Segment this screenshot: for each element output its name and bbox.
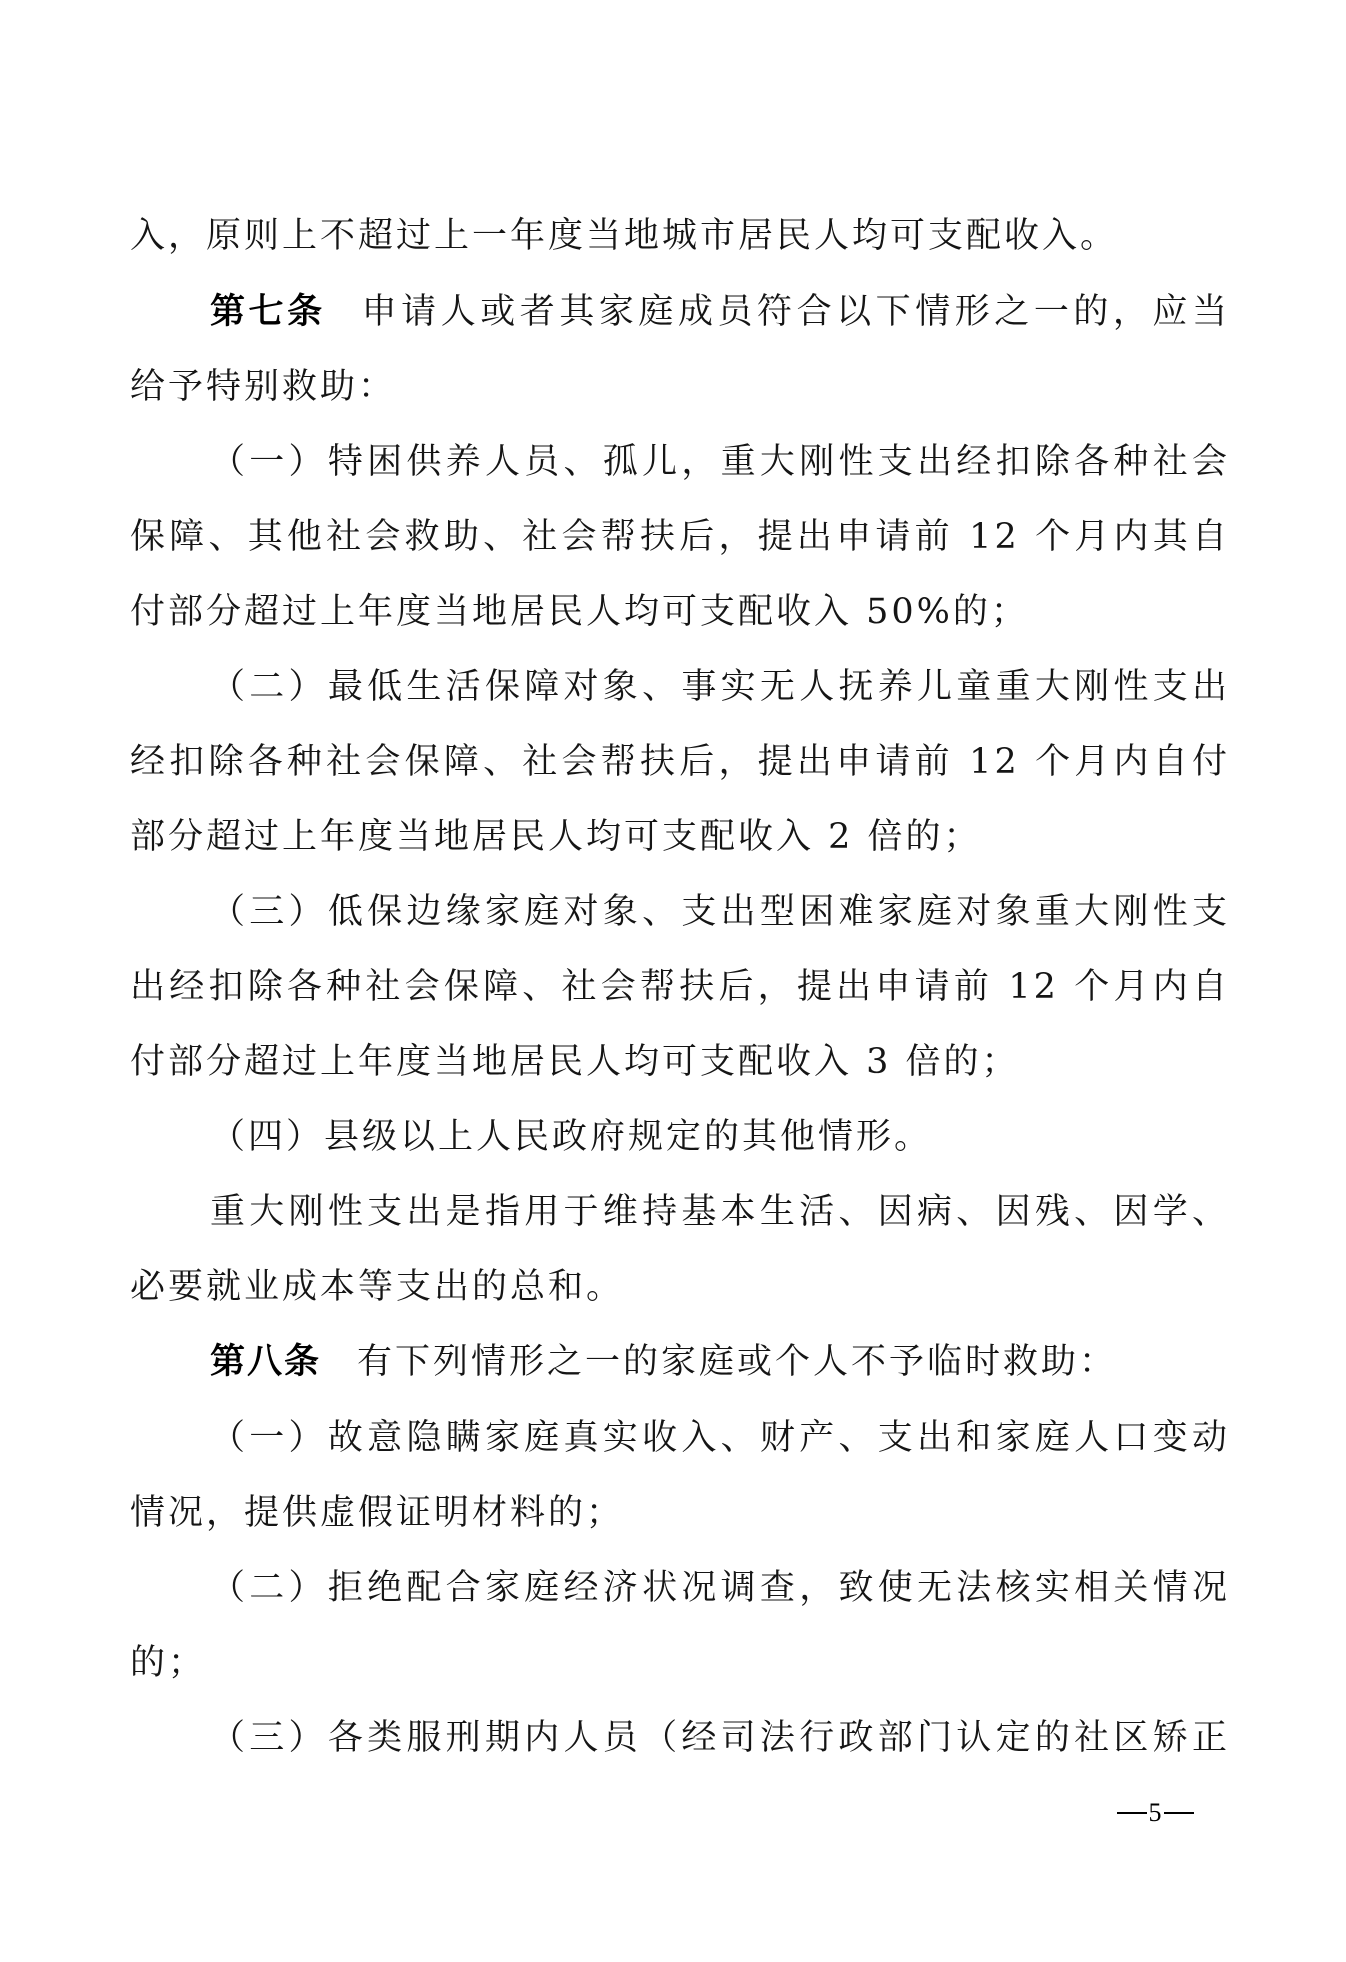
line-text: 入，原则上不超过上一年度当地城市居民人均可支配收入。	[130, 216, 1118, 256]
line-text: （二）最低生活保障对象、事实无人抚养儿童重大刚性支出	[210, 667, 1230, 707]
clause-item-1: （一）特困供养人员、孤儿，重大刚性支出经扣除各种社会	[210, 440, 1230, 484]
line-text: （三）各类服刑期内人员（经司法行政部门认定的社区矫正	[210, 1718, 1230, 1758]
line-text: （四）县级以上人民政府规定的其他情形。	[210, 1117, 932, 1157]
line-text: 给予特别救助：	[130, 367, 396, 407]
line-text: （三）低保边缘家庭对象、支出型困难家庭对象重大刚性支	[210, 892, 1230, 932]
text-line: 出经扣除各种社会保障、社会帮扶后，提出申请前 12 个月内自	[130, 965, 1230, 1009]
line-text: 有下列情形之一的家庭或个人不予临时救助：	[357, 1342, 1117, 1382]
text-line: 付部分超过上年度当地居民人均可支配收入 50%的；	[130, 590, 1230, 634]
article-heading: 第七条	[210, 292, 326, 332]
clause-item-4: （四）县级以上人民政府规定的其他情形。	[210, 1115, 1230, 1159]
text-line: 付部分超过上年度当地居民人均可支配收入 3 倍的；	[130, 1040, 1230, 1084]
page-number-value: 5	[1147, 1798, 1164, 1828]
text-line: 经扣除各种社会保障、社会帮扶后，提出申请前 12 个月内自付	[130, 740, 1230, 784]
article-heading: 第八条	[210, 1342, 321, 1382]
dash-right	[1164, 1812, 1194, 1814]
line-text: 情况，提供虚假证明材料的；	[130, 1493, 624, 1533]
dash-left	[1117, 1812, 1147, 1814]
line-text: 必要就业成本等支出的总和。	[130, 1267, 624, 1307]
text-line: 保障、其他社会救助、社会帮扶后，提出申请前 12 个月内其自	[130, 515, 1230, 559]
clause-item-3: （三）低保边缘家庭对象、支出型困难家庭对象重大刚性支	[210, 890, 1230, 934]
clause-item-2: （二）最低生活保障对象、事实无人抚养儿童重大刚性支出	[210, 665, 1230, 709]
line-text: 部分超过上年度当地居民人均可支配收入 2 倍的；	[130, 817, 982, 857]
text-line: 必要就业成本等支出的总和。	[130, 1265, 1230, 1309]
document-page: 入，原则上不超过上一年度当地城市居民人均可支配收入。 第七条申请人或者其家庭成员…	[0, 0, 1346, 1962]
line-text: 经扣除各种社会保障、社会帮扶后，提出申请前 12 个月内自付	[130, 742, 1230, 782]
line-text: 重大刚性支出是指用于维持基本生活、因病、因残、因学、	[210, 1192, 1230, 1232]
line-text: （一）故意隐瞒家庭真实收入、财产、支出和家庭人口变动	[210, 1418, 1230, 1458]
line-text: 付部分超过上年度当地居民人均可支配收入 3 倍的；	[130, 1042, 1020, 1082]
article-8-first-line: 第八条有下列情形之一的家庭或个人不予临时救助：	[210, 1340, 1230, 1384]
clause-item-1: （一）故意隐瞒家庭真实收入、财产、支出和家庭人口变动	[210, 1416, 1230, 1460]
clause-item-2: （二）拒绝配合家庭经济状况调查，致使无法核实相关情况	[210, 1566, 1230, 1610]
text-line: 给予特别救助：	[130, 365, 1230, 409]
clause-item-3: （三）各类服刑期内人员（经司法行政部门认定的社区矫正	[210, 1716, 1230, 1760]
line-text: 出经扣除各种社会保障、社会帮扶后，提出申请前 12 个月内自	[130, 967, 1230, 1007]
line-text: （一）特困供养人员、孤儿，重大刚性支出经扣除各种社会	[210, 442, 1230, 482]
text-line: 的；	[130, 1641, 1230, 1685]
line-text: （二）拒绝配合家庭经济状况调查，致使无法核实相关情况	[210, 1568, 1230, 1608]
text-line: 情况，提供虚假证明材料的；	[130, 1491, 1230, 1535]
line-text: 付部分超过上年度当地居民人均可支配收入 50%的；	[130, 592, 1029, 632]
article-7-first-line: 第七条申请人或者其家庭成员符合以下情形之一的，应当	[210, 290, 1230, 334]
definition-paragraph: 重大刚性支出是指用于维持基本生活、因病、因残、因学、	[210, 1190, 1230, 1234]
line-text: 保障、其他社会救助、社会帮扶后，提出申请前 12 个月内其自	[130, 517, 1230, 557]
line-text: 的；	[130, 1643, 206, 1683]
line-text: 申请人或者其家庭成员符合以下情形之一的，应当	[362, 292, 1230, 332]
page-number: 5	[1110, 1795, 1200, 1831]
text-line: 部分超过上年度当地居民人均可支配收入 2 倍的；	[130, 815, 1230, 859]
text-line-continuation: 入，原则上不超过上一年度当地城市居民人均可支配收入。	[130, 214, 1230, 258]
